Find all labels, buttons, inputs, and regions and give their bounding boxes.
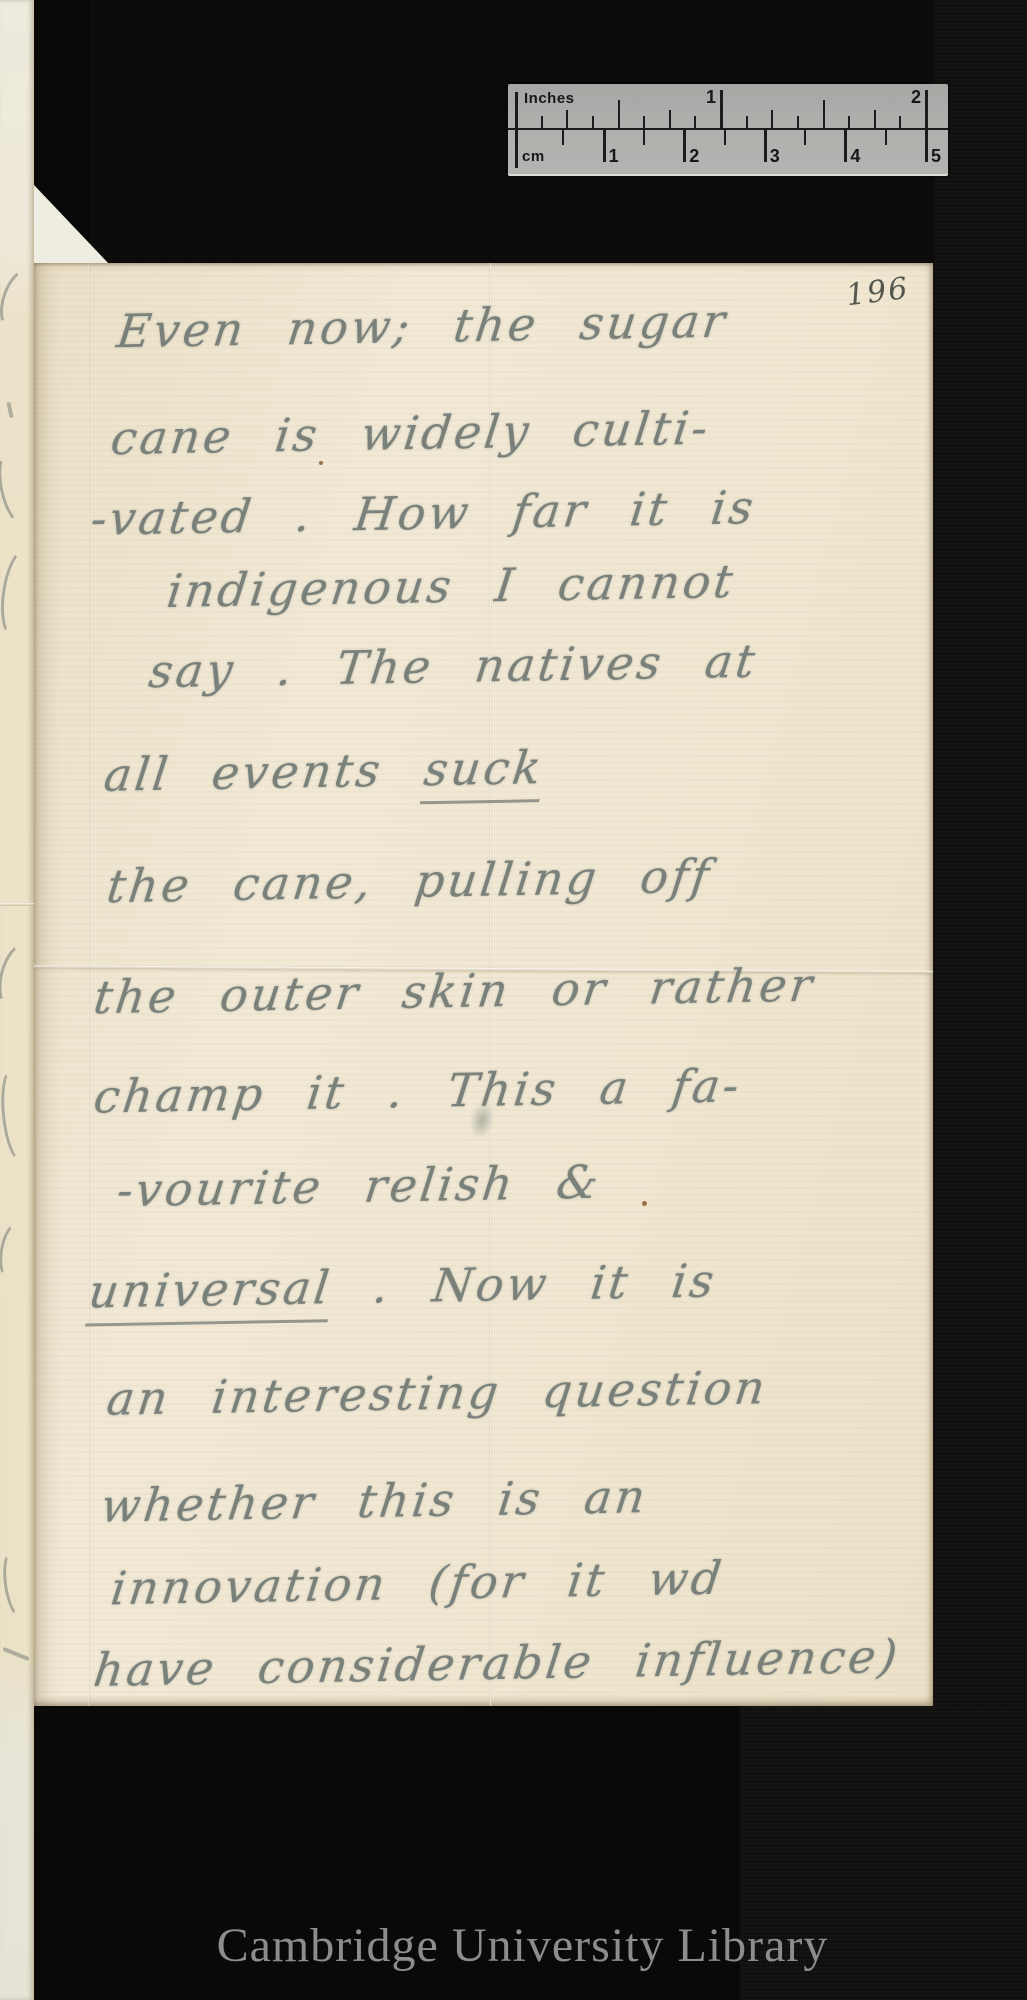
handwriting-line: the outer skin or rather	[90, 954, 818, 1029]
page-number: 196	[844, 268, 938, 314]
ruler-tick	[720, 90, 723, 128]
handwriting-line: all events suck	[101, 736, 548, 806]
ruler-number: 2	[895, 87, 921, 108]
ruler-tick	[562, 130, 564, 145]
handwriting-line: have considerable influence)	[90, 1625, 903, 1701]
ruler-baseline	[508, 128, 948, 130]
ruler-tick	[694, 116, 696, 128]
handwriting-line: the cane, pulling off	[103, 845, 715, 918]
handwriting-line: whether this is an	[98, 1465, 652, 1537]
backdrop-fabric	[933, 0, 1027, 2000]
manuscript-page: 196 Even now; the sugarcane is widely cu…	[34, 263, 933, 1706]
ruler-number: 1	[690, 87, 716, 108]
underlined-word: universal	[85, 1260, 335, 1326]
ruler-tick	[603, 130, 606, 162]
ruler-tick	[724, 130, 726, 145]
ruler-tick	[771, 110, 773, 128]
gutter-fold	[88, 263, 90, 1706]
ruler-tick	[764, 130, 767, 162]
ruler-number: 3	[770, 146, 780, 167]
handwriting-line: champ it . This a fa-	[90, 1054, 745, 1127]
ruler-tick	[899, 116, 901, 128]
fold-crease	[0, 903, 34, 906]
measurement-ruler: Inches cm 1212345	[508, 84, 948, 176]
ruler-tick	[844, 130, 847, 162]
handwriting-line: an interesting question	[103, 1356, 771, 1429]
foxing-spot	[319, 461, 323, 465]
handwriting-line: universal . Now it is	[85, 1250, 720, 1323]
ruler-tick	[541, 116, 543, 128]
handwriting-line: innovation (for it wd	[107, 1547, 727, 1620]
ruler-tick	[925, 90, 928, 128]
photo-background: 196 Even now; the sugarcane is widely cu…	[0, 0, 1027, 2000]
ruler-tick	[797, 116, 799, 128]
ruler-number: 1	[609, 146, 619, 167]
ruler-tick	[823, 100, 825, 128]
ruler-tick	[874, 110, 876, 128]
handwriting-line: cane is widely culti-	[107, 397, 714, 469]
ruler-tick	[848, 116, 850, 128]
ruler-tick	[885, 130, 887, 145]
library-watermark: Cambridge University Library	[9, 1918, 1027, 1973]
ruler-tick	[643, 116, 645, 128]
ruler-tick	[746, 116, 748, 128]
ruler-tick	[566, 110, 568, 128]
ruler-cm-label: cm	[522, 148, 545, 165]
ruler-number: 2	[689, 146, 699, 167]
ruler-tick	[618, 100, 620, 128]
handwriting-line: -vated . How far it is	[87, 476, 759, 550]
foxing-spot	[642, 1201, 647, 1206]
handwriting-line: -vourite relish &	[114, 1151, 605, 1221]
handwriting-line: indigenous I cannot	[164, 550, 740, 622]
ruler-zero-tick	[515, 92, 518, 168]
handwriting-line: say . The natives at	[145, 630, 761, 703]
ruler-number: 5	[931, 146, 941, 167]
underlined-word: suck	[420, 740, 547, 804]
handwriting-line: Even now; the sugar	[113, 290, 731, 363]
ruler-tick	[669, 110, 671, 128]
ruler-tick	[592, 116, 594, 128]
ruler-tick	[804, 130, 806, 145]
ruler-tick	[925, 130, 928, 162]
ruler-tick	[683, 130, 686, 162]
ruler-number: 4	[850, 146, 860, 167]
ruler-tick	[643, 130, 645, 145]
ruler-inches-label: Inches	[524, 90, 575, 107]
